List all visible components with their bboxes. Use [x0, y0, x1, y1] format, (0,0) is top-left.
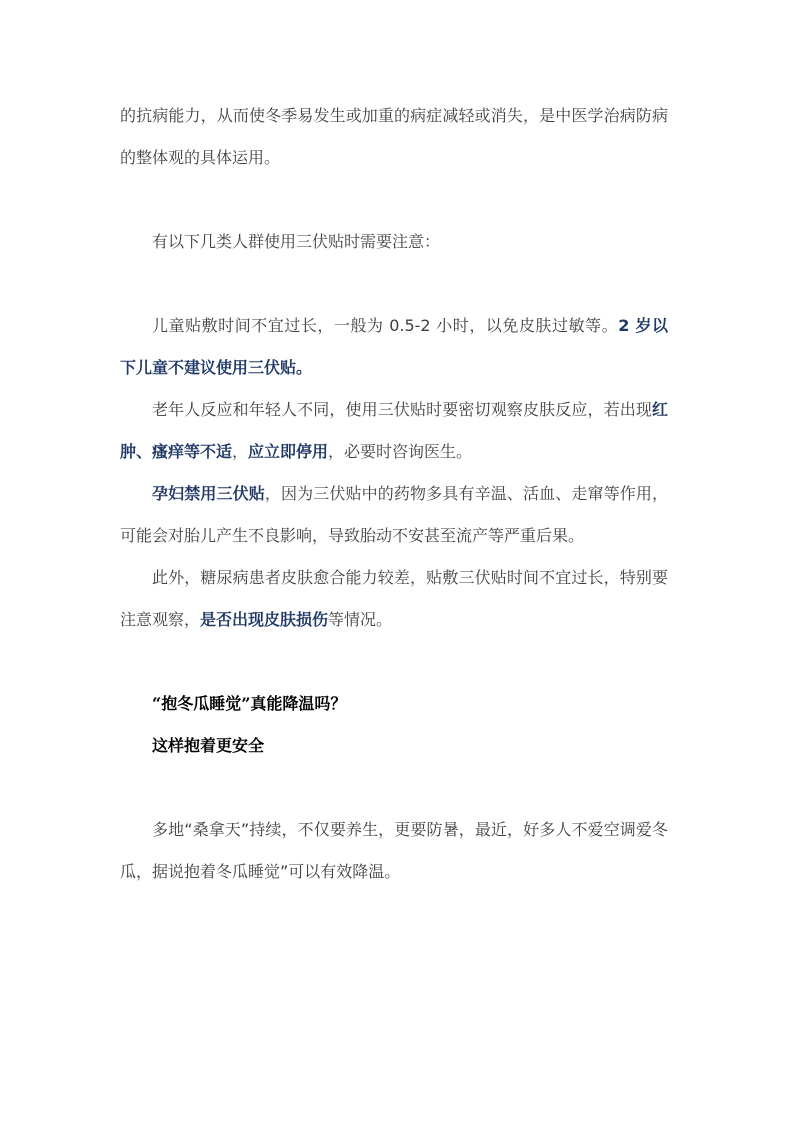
text-run: 的抗病能力，从而使冬季易发生或加重的病症减轻或消失，是中医学治病防病的整体观的具… [120, 106, 668, 167]
paragraph-pregnant: 孕妇禁用三伏贴，因为三伏贴中的药物多具有辛温、活血、走窜等作用，可能会对胎儿产生… [120, 473, 668, 557]
text-run: ， [232, 442, 248, 461]
text-run: 老年人反应和年轻人不同，使用三伏贴时要密切观察皮肤反应，若出现 [152, 400, 652, 419]
text-run: ，必要时咨询医生。 [328, 442, 472, 461]
section-heading-line-2: 这样抱着更安全 [120, 725, 668, 767]
highlighted-text-run: 孕妇禁用三伏贴 [152, 484, 265, 503]
paragraph-winter-melon: 多地“桑拿天”持续，不仅要养生，更要防暑，最近，好多人不爱空调爱冬瓜，据说抱着冬… [120, 809, 668, 893]
text-run: 儿童贴敷时间不宜过长，一般为 0.5-2 小时，以免皮肤过敏等。 [152, 316, 618, 335]
paragraph-children: 儿童贴敷时间不宜过长，一般为 0.5-2 小时，以免皮肤过敏等。2 岁以下儿童不… [120, 305, 668, 389]
paragraph-overview-continuation: 的抗病能力，从而使冬季易发生或加重的病症减轻或消失，是中医学治病防病的整体观的具… [120, 95, 668, 179]
highlighted-text-run: 应立即停用 [248, 442, 328, 461]
paragraph-diabetes: 此外，糖尿病患者皮肤愈合能力较差，贴敷三伏贴时间不宜过长，特别要注意观察，是否出… [120, 557, 668, 641]
text-run: 有以下几类人群使用三伏贴时需要注意： [152, 232, 440, 251]
highlighted-text-run: 是否出现皮肤损伤 [200, 610, 328, 629]
blank-line [120, 641, 668, 683]
blank-line [120, 767, 668, 809]
document-page: 的抗病能力，从而使冬季易发生或加重的病症减轻或消失，是中医学治病防病的整体观的具… [0, 0, 793, 1122]
blank-line [120, 263, 668, 305]
heading-text-run: 这样抱着更安全 [152, 736, 264, 755]
heading-text-run: “抱冬瓜睡觉”真能降温吗？ [152, 694, 346, 713]
section-heading-line-1: “抱冬瓜睡觉”真能降温吗？ [120, 683, 668, 725]
text-run: 等情况。 [328, 610, 392, 629]
blank-line [120, 179, 668, 221]
paragraph-notice-intro: 有以下几类人群使用三伏贴时需要注意： [120, 221, 668, 263]
paragraph-elderly: 老年人反应和年轻人不同，使用三伏贴时要密切观察皮肤反应，若出现红肿、瘙痒等不适，… [120, 389, 668, 473]
text-run: 多地“桑拿天”持续，不仅要养生，更要防暑，最近，好多人不爱空调爱冬瓜，据说抱着冬… [120, 820, 668, 881]
